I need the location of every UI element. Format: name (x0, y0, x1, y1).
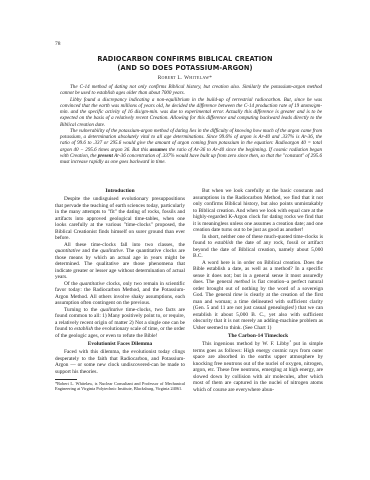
body-text: is clearly at the creation of the first … (193, 292, 323, 331)
body-emphasis: quantitative (79, 281, 104, 287)
abstract: The C-14 method of dating not only confi… (60, 84, 322, 165)
body-paragraph: Despite the undisguised evolutionary pre… (55, 196, 185, 242)
body-text: put in simple terms goes as follows: Hig… (193, 341, 323, 393)
body-paragraph: Turning to the qualitative time-clocks, … (55, 307, 185, 340)
body-paragraph: This ingenious method by W. F. Libby1 pu… (193, 341, 323, 393)
heading-introduction: Introduction (55, 188, 185, 195)
heading-carbon-14-timeclock: The Carbon-14 Timeclock (193, 333, 323, 340)
abstract-emphasis: present (98, 153, 113, 159)
body-emphasis: establish (74, 326, 93, 332)
body-text: Of the (64, 281, 79, 287)
body-emphasis: qualitative (100, 307, 123, 313)
body-paragraph: A word here is in order on Biblical crea… (193, 260, 323, 332)
body-paragraph: Of the quantitative clocks, only two rem… (55, 281, 185, 307)
body-paragraph: But when we look carefully at the basic … (193, 188, 323, 234)
abstract-emphasis: assumes (150, 147, 167, 153)
footnote-divider (55, 379, 77, 380)
article-title: RADIOCARBON CONFIRMS BIBLICAL CREATION (… (0, 55, 370, 72)
body-emphasis: establish (215, 240, 234, 246)
body-text: All these time-clocks fall into two clas… (64, 242, 185, 248)
abstract-paragraph-1: The C-14 method of dating not only confi… (60, 84, 322, 97)
body-emphasis: time (233, 292, 242, 298)
right-column: But when we look carefully at the basic … (193, 188, 323, 393)
body-paragraph: Faced with this dilemma, the evolutionis… (55, 349, 185, 375)
author-byline: Robert L. Whitelaw* (0, 75, 370, 81)
body-emphasis: qualitative (100, 248, 123, 254)
body-text: and the (80, 248, 100, 254)
heading-evolutionist-dilemma: Evolutionist Faces Dilemma (55, 341, 185, 348)
title-line-2: (AND SO DOES POTASSIUM-ARGON) (0, 64, 370, 73)
author-footnote: *Robert L. Whitelaw, is Nuclear Consulta… (55, 381, 185, 391)
title-line-1: RADIOCARBON CONFIRMS BIBLICAL CREATION (0, 55, 370, 64)
body-emphasis: method (234, 279, 250, 285)
body-paragraph: All these time-clocks fall into two clas… (55, 242, 185, 281)
left-column: Introduction Despite the undisguised evo… (55, 188, 185, 391)
page-number: 78 (55, 41, 61, 47)
body-text: This ingenious method by W. F. Libby (202, 341, 289, 347)
abstract-paragraph-3: The vulnerability of the potassium-argon… (60, 128, 322, 166)
body-emphasis: quantitative (55, 248, 80, 254)
body-paragraph: In short, neither one of these much-quot… (193, 234, 323, 260)
body-text: Turning to the (64, 307, 100, 313)
abstract-paragraph-2: Libby found a discrepancy indicating a n… (60, 97, 322, 128)
